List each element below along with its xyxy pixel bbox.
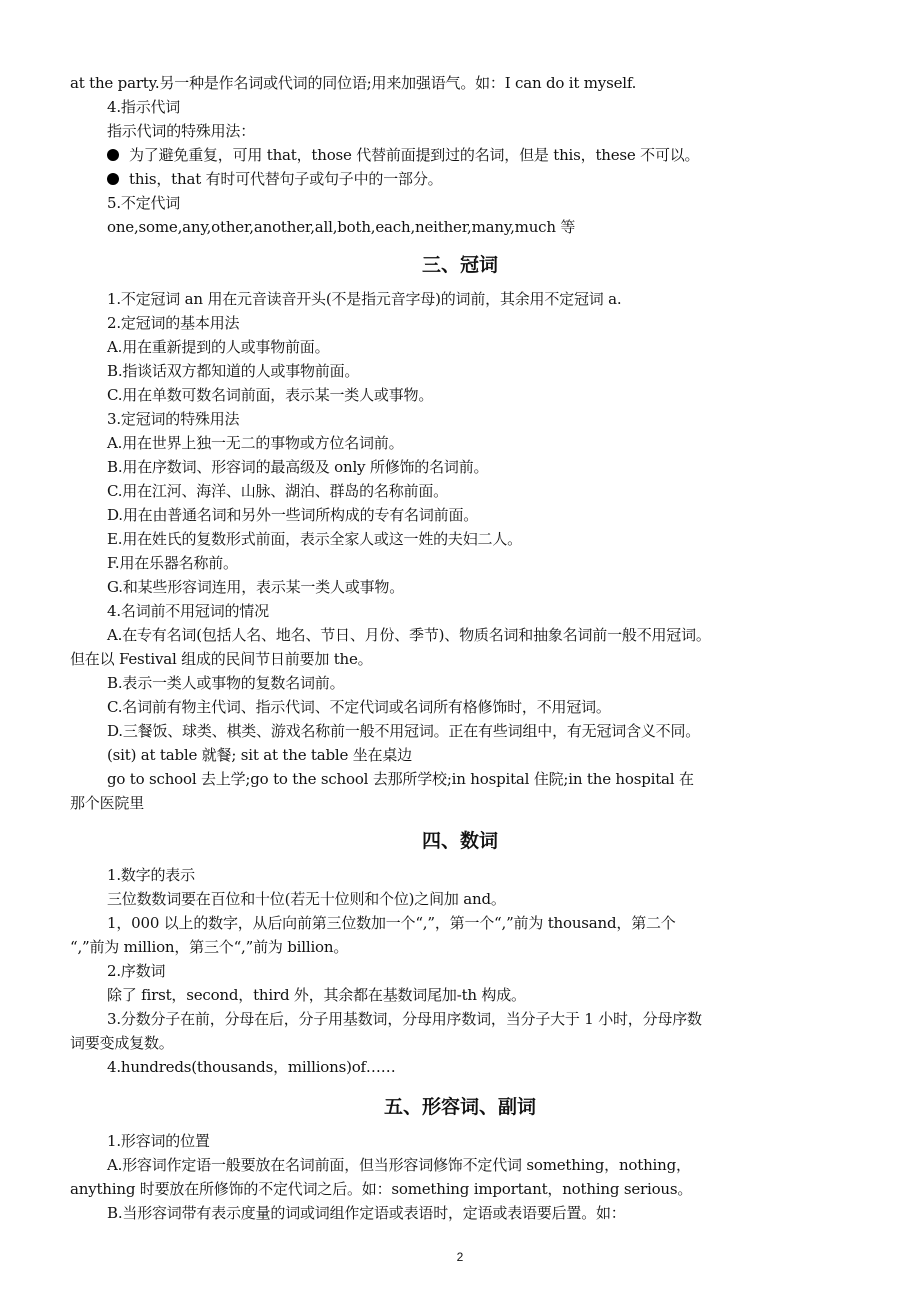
text-line: C.名词前有物主代词、指示代词、不定代词或名词所有格修饰时，不用冠词。 [107,695,860,719]
line-text: one,some,any,other,another,all,both,each… [107,218,575,236]
text-line: 4.名词前不用冠词的情况 [107,599,860,623]
text-line: go to school 去上学;go to the school 去那所学校;… [107,767,860,791]
line-text: 3.定冠词的特殊用法 [107,410,239,428]
text-line: A.用在重新提到的人或事物前面。 [107,335,860,359]
line-text: C.用在江河、海洋、山脉、湖泊、群岛的名称前面。 [107,482,448,500]
bullet-icon [107,173,119,185]
line-text: D.用在由普通名词和另外一些词所构成的专有名词前面。 [107,506,478,524]
line-text: (sit) at table 就餐; sit at the table 坐在桌边 [107,746,412,764]
line-text: 4.名词前不用冠词的情况 [107,602,269,620]
text-line: D.用在由普通名词和另外一些词所构成的专有名词前面。 [107,503,860,527]
text-line: B.用在序数词、形容词的最高级及 only 所修饰的名词前。 [107,455,860,479]
line-text: 5.不定代词 [107,194,180,212]
text-line: C.用在单数可数名词前面，表示某一类人或事物。 [107,383,860,407]
line-text: 1，000 以上的数字，从后向前第三位数加一个“,”，第一个“,”前为 thou… [107,914,676,932]
line-text: B.当形容词带有表示度量的词或词组作定语或表语时，定语或表语要后置。如： [107,1204,626,1222]
text-line: 4.指示代词 [107,95,860,119]
line-text: C.用在单数可数名词前面，表示某一类人或事物。 [107,386,433,404]
text-line: 词要变成复数。 [70,1031,860,1055]
page-number: 2 [0,1250,920,1264]
line-text: F.用在乐器名称前。 [107,554,238,572]
line-text: 除了 first，second，third 外，其余都在基数词尾加-th 构成。 [107,986,526,1004]
line-text: anything 时要放在所修饰的不定代词之后。如：something impo… [70,1180,692,1198]
bullet-list-item: this，that 有时可代替句子或句子中的一部分。 [107,167,860,191]
line-text: 指示代词的特殊用法： [107,122,255,140]
text-line: A.用在世界上独一无二的事物或方位名词前。 [107,431,860,455]
text-line: 2.序数词 [107,959,860,983]
text-line: G.和某些形容词连用，表示某一类人或事物。 [107,575,860,599]
line-text: 那个医院里 [70,794,144,812]
text-line: 指示代词的特殊用法： [107,119,860,143]
line-text: 三位数数词要在百位和十位(若无十位则和个位)之间加 and。 [107,890,506,908]
line-text: “,”前为 million，第三个“,”前为 billion。 [70,938,348,956]
text-line: 4.hundreds(thousands，millions)of…… [107,1055,860,1079]
text-line: “,”前为 million，第三个“,”前为 billion。 [70,935,860,959]
text-line: 1.数字的表示 [107,863,860,887]
line-text: A.形容词作定语一般要放在名词前面，但当形容词修饰不定代词 something，… [107,1156,691,1174]
line-text: G.和某些形容词连用，表示某一类人或事物。 [107,578,404,596]
text-line: one,some,any,other,another,all,both,each… [107,215,860,239]
line-text: 4.指示代词 [107,98,180,116]
text-line: B.当形容词带有表示度量的词或词组作定语或表语时，定语或表语要后置。如： [107,1201,860,1225]
line-text: B.表示一类人或事物的复数名词前。 [107,674,344,692]
line-text: E.用在姓氏的复数形式前面，表示全家人或这一姓的夫妇二人。 [107,530,522,548]
line-text: at the party.另一种是作名词或代词的同位语;用来加强语气。如：I c… [70,74,636,92]
text-line: 1.形容词的位置 [107,1129,860,1153]
text-line: (sit) at table 就餐; sit at the table 坐在桌边 [107,743,860,767]
text-line: F.用在乐器名称前。 [107,551,860,575]
line-text: B.指谈话双方都知道的人或事物前面。 [107,362,359,380]
line-text: this，that 有时可代替句子或句子中的一部分。 [129,170,442,188]
line-text: 2.定冠词的基本用法 [107,314,239,332]
text-line: 但在以 Festival 组成的民间节日前要加 the。 [70,647,860,671]
line-text: C.名词前有物主代词、指示代词、不定代词或名词所有格修饰时，不用冠词。 [107,698,611,716]
bullet-icon [107,149,119,161]
section-heading: 四、数词 [0,826,920,856]
text-line: B.指谈话双方都知道的人或事物前面。 [107,359,860,383]
text-line: 5.不定代词 [107,191,860,215]
text-line: 1，000 以上的数字，从后向前第三位数加一个“,”，第一个“,”前为 thou… [107,911,860,935]
bullet-list-item: 为了避免重复，可用 that，those 代替前面提到过的名词，但是 this，… [107,143,860,167]
line-text: go to school 去上学;go to the school 去那所学校;… [107,770,694,788]
text-line: 3.定冠词的特殊用法 [107,407,860,431]
text-line: C.用在江河、海洋、山脉、湖泊、群岛的名称前面。 [107,479,860,503]
text-line: B.表示一类人或事物的复数名词前。 [107,671,860,695]
text-line: 3.分数分子在前，分母在后，分子用基数词，分母用序数词，当分子大于 1 小时，分… [107,1007,860,1031]
line-text: 2.序数词 [107,962,165,980]
text-line: at the party.另一种是作名词或代词的同位语;用来加强语气。如：I c… [70,71,860,95]
text-line: 1.不定冠词 an 用在元音读音开头(不是指元音字母)的词前，其余用不定冠词 a… [107,287,860,311]
text-line: 2.定冠词的基本用法 [107,311,860,335]
text-line: E.用在姓氏的复数形式前面，表示全家人或这一姓的夫妇二人。 [107,527,860,551]
text-line: anything 时要放在所修饰的不定代词之后。如：something impo… [70,1177,860,1201]
line-text: A.用在重新提到的人或事物前面。 [107,338,329,356]
text-line: 那个医院里 [70,791,860,815]
line-text: 但在以 Festival 组成的民间节日前要加 the。 [70,650,372,668]
line-text: 1.形容词的位置 [107,1132,210,1150]
text-line: 三位数数词要在百位和十位(若无十位则和个位)之间加 and。 [107,887,860,911]
section-heading: 三、冠词 [0,250,920,280]
line-text: A.在专有名词(包括人名、地名、节日、月份、季节)、物质名词和抽象名词前一般不用… [107,626,711,644]
text-line: A.在专有名词(包括人名、地名、节日、月份、季节)、物质名词和抽象名词前一般不用… [107,623,860,647]
line-text: 3.分数分子在前，分母在后，分子用基数词，分母用序数词，当分子大于 1 小时，分… [107,1010,702,1028]
document-page: at the party.另一种是作名词或代词的同位语;用来加强语气。如：I c… [0,0,920,1302]
line-text: A.用在世界上独一无二的事物或方位名词前。 [107,434,403,452]
text-line: D.三餐饭、球类、棋类、游戏名称前一般不用冠词。正在有些词组中，有无冠词含义不同… [107,719,860,743]
line-text: 1.数字的表示 [107,866,195,884]
line-text: 1.不定冠词 an 用在元音读音开头(不是指元音字母)的词前，其余用不定冠词 a… [107,290,621,308]
line-text: 词要变成复数。 [70,1034,174,1052]
text-line: 除了 first，second，third 外，其余都在基数词尾加-th 构成。 [107,983,860,1007]
line-text: 为了避免重复，可用 that，those 代替前面提到过的名词，但是 this，… [129,146,699,164]
line-text: D.三餐饭、球类、棋类、游戏名称前一般不用冠词。正在有些词组中，有无冠词含义不同… [107,722,700,740]
text-line: A.形容词作定语一般要放在名词前面，但当形容词修饰不定代词 something，… [107,1153,860,1177]
section-heading: 五、形容词、副词 [0,1092,920,1122]
line-text: 4.hundreds(thousands，millions)of…… [107,1058,396,1076]
line-text: B.用在序数词、形容词的最高级及 only 所修饰的名词前。 [107,458,488,476]
